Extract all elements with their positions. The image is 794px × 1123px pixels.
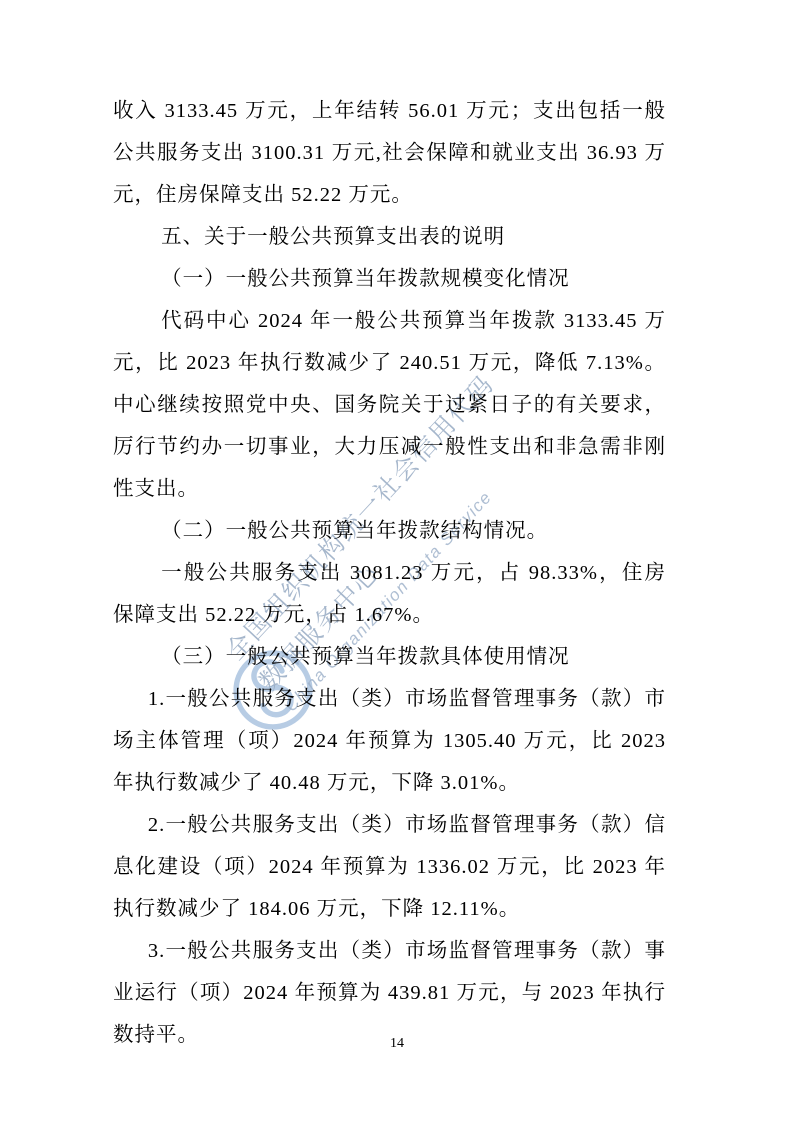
subsection-heading-1: （一）一般公共预算当年拨款规模变化情况: [113, 258, 666, 300]
section-heading-5: 五、关于一般公共预算支出表的说明: [113, 216, 666, 258]
paragraph-continuation: 收入 3133.45 万元，上年结转 56.01 万元；支出包括一般公共服务支出…: [113, 90, 666, 216]
page-number: 14: [0, 1036, 794, 1052]
subsection-heading-3: （三）一般公共预算当年拨款具体使用情况: [113, 636, 666, 678]
subsection-heading-2: （二）一般公共预算当年拨款结构情况。: [113, 510, 666, 552]
document-page: 全国组织机构统一社会信用代码 数据服务中心 China Organization…: [0, 0, 794, 1123]
paragraph-allocation-structure: 一般公共服务支出 3081.23 万元，占 98.33%，住房保障支出 52.2…: [113, 552, 666, 636]
paragraph-allocation-scale: 代码中心 2024 年一般公共预算当年拨款 3133.45 万元，比 2023 …: [113, 300, 666, 510]
paragraph-item-2: 2.一般公共服务支出（类）市场监督管理事务（款）信息化建设（项）2024 年预算…: [113, 804, 666, 930]
paragraph-item-1: 1.一般公共服务支出（类）市场监督管理事务（款）市场主体管理（项）2024 年预…: [113, 678, 666, 804]
document-body: 收入 3133.45 万元，上年结转 56.01 万元；支出包括一般公共服务支出…: [113, 90, 666, 1056]
